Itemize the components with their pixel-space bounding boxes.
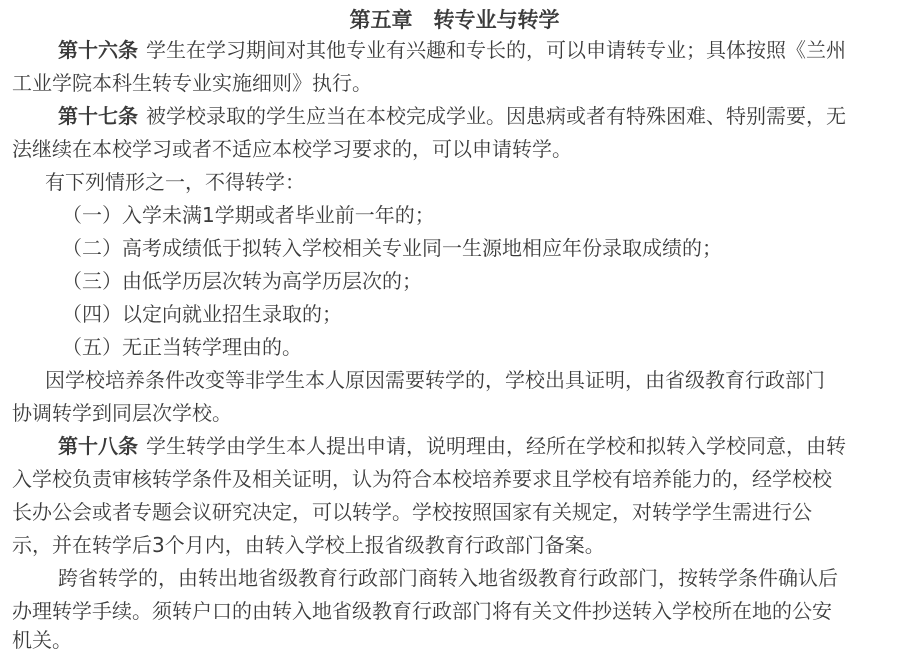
article-16-line-1: 第十六条学生在学习期间对其他专业有兴趣和专长的，可以申请转专业；具体按照《兰州 xyxy=(58,38,846,62)
article-17-line-1: 第十七条被学校录取的学生应当在本校完成学业。因患病或者有特殊困难、特别需要，无 xyxy=(58,104,846,128)
article-18-line-3: 长办公会或者专题会议研究决定，可以转学。学校按照国家有关规定，对转学学生需进行公 xyxy=(12,500,812,524)
article-17-note-line-1: 因学校培养条件改变等非学生本人原因需要转学的，学校出具证明，由省级教育行政部门 xyxy=(45,368,825,392)
cross-province-line-2: 办理转学手续。须转户口的由转入地省级教育行政部门将有关文件抄送转入学校所在地的公… xyxy=(12,599,832,623)
cross-province-line-1: 跨省转学的，由转出地省级教育行政部门商转入地省级教育行政部门，按转学条件确认后 xyxy=(58,566,838,590)
article-17-text-1: 被学校录取的学生应当在本校完成学业。因患病或者有特殊困难、特别需要，无 xyxy=(146,104,846,128)
article-16-line-2: 工业学院本科生转专业实施细则》执行。 xyxy=(12,71,372,95)
article-17-line-2: 法继续在本校学习或者不适应本校学习要求的，可以申请转学。 xyxy=(12,137,572,161)
chapter-title: 第五章 转专业与转学 xyxy=(0,4,909,34)
article-16-label: 第十六条 xyxy=(58,38,138,62)
article-18-label: 第十八条 xyxy=(58,434,138,458)
article-18-text-1: 学生转学由学生本人提出申请，说明理由，经所在学校和拟转入学校同意，由转 xyxy=(146,434,846,458)
article-18-line-1: 第十八条学生转学由学生本人提出申请，说明理由，经所在学校和拟转入学校同意，由转 xyxy=(58,434,846,458)
article-16-text-1: 学生在学习期间对其他专业有兴趣和专长的，可以申请转专业；具体按照《兰州 xyxy=(146,38,846,62)
cross-province-line-3: 机关。 xyxy=(12,628,72,651)
article-17-label: 第十七条 xyxy=(58,104,138,128)
list-item-1: （一）入学未满1学期或者毕业前一年的； xyxy=(62,203,435,227)
list-item-2: （二）高考成绩低于拟转入学校相关专业同一生源地相应年份录取成绩的； xyxy=(62,236,722,260)
article-17-note-line-2: 协调转学到同层次学校。 xyxy=(12,401,232,425)
list-item-3: （三）由低学历层次转为高学历层次的； xyxy=(62,269,422,293)
article-17-intro: 有下列情形之一，不得转学： xyxy=(45,170,305,194)
article-18-line-4: 示，并在转学后3个月内，由转入学校上报省级教育行政部门备案。 xyxy=(12,533,605,557)
list-item-5: （五）无正当转学理由的。 xyxy=(62,335,302,359)
article-18-line-2: 入学校负责审核转学条件及相关证明，认为符合本校培养要求且学校有培养能力的，经学校… xyxy=(12,467,832,491)
list-item-4: （四）以定向就业招生录取的； xyxy=(62,302,342,326)
document-page: 第五章 转专业与转学 第十六条学生在学习期间对其他专业有兴趣和专长的，可以申请转… xyxy=(0,0,909,651)
